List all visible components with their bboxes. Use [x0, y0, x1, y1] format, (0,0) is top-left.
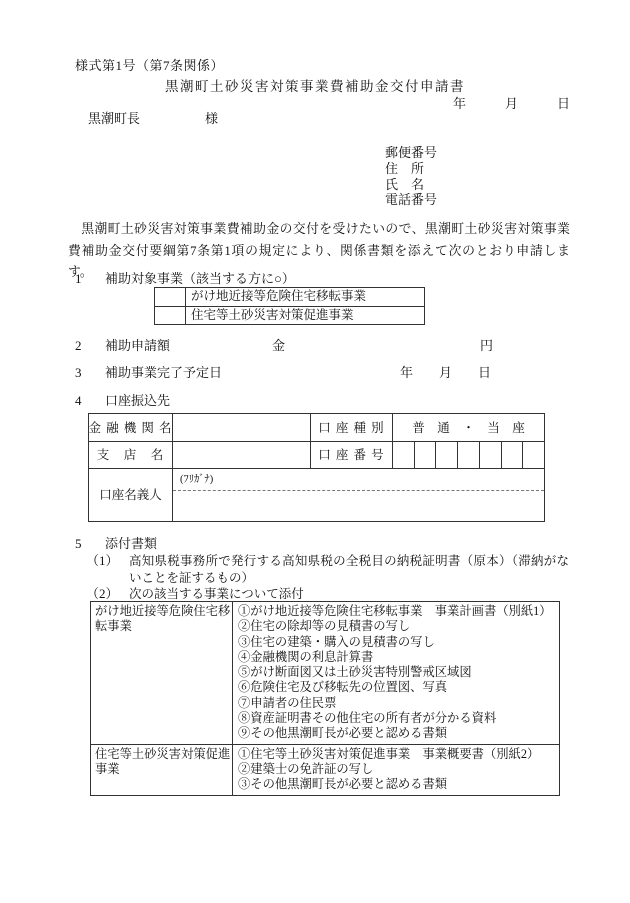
bank-transfer-table: 金 融 機 関 名 口 座 種 別 普 通 ・ 当 座 支 店 名 口 座 番 …: [88, 413, 545, 522]
amount-suffix-label: 円: [480, 338, 493, 354]
section4-title: 口座振込先: [105, 393, 170, 408]
bank-name-row: 金 融 機 関 名 口 座 種 別 普 通 ・ 当 座: [89, 414, 544, 441]
option-mark-cell-promotion[interactable]: [155, 307, 186, 324]
furigana-label[interactable]: (ﾌﾘｶﾞﾅ): [173, 469, 544, 491]
applicant-info-block: 郵便番号 住 所 氏 名 電話番号: [385, 145, 437, 208]
section3-title: 補助事業完了予定日: [105, 365, 222, 380]
doc-list-item: ⑦申請者の住民票: [238, 696, 559, 711]
section1-number: 1: [75, 271, 105, 287]
account-holder-name-cell[interactable]: [173, 491, 544, 521]
option-label-promotion: 住宅等土砂災害対策促進事業: [186, 307, 424, 324]
attachment-item-1-number: （1）: [86, 553, 129, 587]
account-type-label: 口 座 種 別: [311, 414, 393, 441]
account-number-digit-cell[interactable]: [479, 442, 501, 468]
attachment-doc-list-promotion: ①住宅等土砂災害対策促進事業 事業概要書（別紙2） ②建築士の免許証の写し ③そ…: [233, 745, 559, 795]
postal-code-label: 郵便番号: [385, 145, 437, 161]
section2-title: 補助申請額: [105, 338, 170, 353]
account-number-digit-cell[interactable]: [414, 442, 436, 468]
address-label: 住 所: [385, 161, 437, 177]
section4-number: 4: [75, 393, 105, 409]
subsidy-option-table: がけ地近接等危険住宅移転事業 住宅等土砂災害対策促進事業: [154, 287, 425, 325]
section5-title: 添付書類: [105, 536, 157, 551]
name-label: 氏 名: [385, 177, 437, 193]
section3-number: 3: [75, 365, 105, 381]
doc-list-item: ⑨その他黒潮町長が必要と認める書類: [238, 726, 559, 741]
doc-list-item: ①がけ地近接等危険住宅移転事業 事業計画書（別紙1）: [238, 604, 559, 619]
account-number-cells: [393, 442, 544, 468]
section2-heading: 2補助申請額: [75, 338, 170, 354]
page-title: 黒潮町土砂災害対策事業費補助金交付申請書: [0, 79, 630, 95]
addressee-line: 黒潮町長 様: [88, 111, 218, 127]
section3-heading: 3補助事業完了予定日: [75, 365, 222, 381]
attachment-item-1-text: 高知県税事務所で発行する高知県税の全税目の納税証明書（原本）（滞納がないことを証…: [129, 553, 569, 587]
completion-date-placeholder: 年 月 日: [400, 365, 491, 381]
doc-list-item: ⑧資産証明書その他住宅の所有者が分かる資料: [238, 711, 559, 726]
application-form-page: 様式第1号（第7条関係） 黒潮町土砂災害対策事業費補助金交付申請書 年 月 日 …: [0, 0, 630, 903]
account-number-digit-cell[interactable]: [501, 442, 523, 468]
doc-list-item: ⑥危険住宅及び移転先の位置図、写真: [238, 680, 559, 695]
branch-name-row: 支 店 名 口 座 番 号: [89, 441, 544, 468]
doc-list-item: ②住宅の除却等の見積書の写し: [238, 619, 559, 634]
account-type-options[interactable]: 普 通 ・ 当 座: [393, 414, 544, 441]
account-number-label: 口 座 番 号: [311, 442, 393, 468]
section5-heading: 5添付書類: [75, 536, 157, 552]
section5-number: 5: [75, 536, 105, 552]
attachment-category-relocation: がけ地近接等危険住宅移転事業: [91, 602, 233, 744]
amount-prefix-label: 金: [272, 338, 285, 354]
account-holder-label: 口座名義人: [89, 469, 173, 521]
section1-title: 補助対象事業（該当する方に○）: [105, 271, 295, 286]
doc-list-item: ③住宅の建築・購入の見積書の写し: [238, 635, 559, 650]
branch-name-label: 支 店 名: [89, 442, 173, 468]
account-number-digit-cell[interactable]: [522, 442, 544, 468]
option-row-relocation: がけ地近接等危険住宅移転事業: [155, 288, 424, 306]
account-holder-input-area: (ﾌﾘｶﾞﾅ): [173, 469, 544, 521]
doc-list-item: ①住宅等土砂災害対策促進事業 事業概要書（別紙2）: [238, 747, 559, 762]
phone-label: 電話番号: [385, 192, 437, 208]
option-label-relocation: がけ地近接等危険住宅移転事業: [186, 288, 424, 306]
bank-name-label: 金 融 機 関 名: [89, 414, 173, 441]
section2-number: 2: [75, 338, 105, 354]
attachment-row-relocation: がけ地近接等危険住宅移転事業 ①がけ地近接等危険住宅移転事業 事業計画書（別紙1…: [91, 602, 559, 744]
doc-list-item: ④金融機関の利息計算書: [238, 650, 559, 665]
branch-name-input-cell[interactable]: [173, 442, 311, 468]
account-number-digit-cell[interactable]: [393, 442, 414, 468]
doc-list-item: ②建築士の免許証の写し: [238, 762, 559, 777]
account-number-digit-cell[interactable]: [457, 442, 479, 468]
doc-list-item: ③その他黒潮町長が必要と認める書類: [238, 777, 559, 792]
attachment-documents-table: がけ地近接等危険住宅移転事業 ①がけ地近接等危険住宅移転事業 事業計画書（別紙1…: [90, 601, 560, 796]
attachment-category-promotion: 住宅等土砂災害対策促進事業: [91, 745, 233, 795]
application-date-placeholder: 年 月 日: [453, 96, 570, 112]
account-number-digit-cell[interactable]: [435, 442, 457, 468]
attachment-item-1: （1） 高知県税事務所で発行する高知県税の全税目の納税証明書（原本）（滞納がない…: [86, 553, 572, 587]
section4-heading: 4口座振込先: [75, 393, 170, 409]
attachment-row-promotion: 住宅等土砂災害対策促進事業 ①住宅等土砂災害対策促進事業 事業概要書（別紙2） …: [91, 744, 559, 795]
form-number: 様式第1号（第7条関係）: [75, 58, 224, 74]
attachment-doc-list-relocation: ①がけ地近接等危険住宅移転事業 事業計画書（別紙1） ②住宅の除却等の見積書の写…: [233, 602, 559, 744]
section1-heading: 1補助対象事業（該当する方に○）: [75, 271, 295, 287]
option-row-promotion: 住宅等土砂災害対策促進事業: [155, 306, 424, 324]
option-mark-cell-relocation[interactable]: [155, 288, 186, 306]
account-holder-row: 口座名義人 (ﾌﾘｶﾞﾅ): [89, 468, 544, 521]
bank-name-input-cell[interactable]: [173, 414, 311, 441]
doc-list-item: ⑤がけ断面図又は土砂災害特別警戒区域図: [238, 665, 559, 680]
